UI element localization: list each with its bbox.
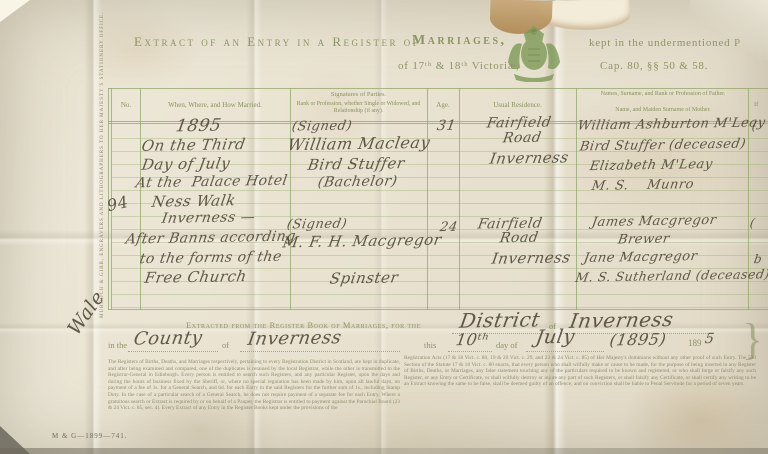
this-label: this — [424, 340, 436, 350]
document-subtitle: of 17ᵗʰ & 18ᵗʰ Victoriæ, — [398, 60, 520, 72]
groom-parents-line: Bird Stuffer (deceased) — [579, 137, 747, 155]
entry-when-line: Ness Walk — [150, 191, 237, 210]
bride-signature-line: M. F. H. Macgregor — [281, 231, 443, 252]
bride-parents-line: Brewer — [617, 232, 671, 248]
table-border-top — [108, 88, 768, 89]
year-digit-hw: 5 — [704, 331, 716, 347]
column-header-no: No. — [112, 101, 140, 110]
entry-when-line: Free Church — [143, 267, 248, 287]
column-header-when: When, Where, and How Married. — [143, 101, 287, 110]
of-label: of — [222, 340, 229, 350]
day-of-label: day of — [496, 340, 517, 350]
bride-signature-line: (Signed) — [286, 216, 348, 232]
fine-print-right: Registration Acts (17 & 18 Vict. c. 80, … — [404, 355, 756, 425]
document-title: Extract of an Entry in a Register of — [134, 34, 420, 50]
bride-signature-line: Spinster — [328, 268, 399, 287]
groom-age: 31 — [436, 118, 457, 134]
blank-rule — [240, 337, 400, 352]
entry-when-line: to the forms of the — [139, 249, 284, 267]
printer-footer-imprint: M & G—1899—741. — [52, 432, 127, 440]
entry-when-line: Day of July — [140, 154, 231, 174]
groom-residence-line: Inverness — [488, 148, 570, 167]
fine-print-left: The Registers of Births, Deaths, and Mar… — [108, 359, 400, 423]
column-header-parents: Names, Surname, and Rank or Profession o… — [580, 91, 746, 99]
groom-signature-line: (Bachelor) — [317, 173, 399, 190]
entry-when-line: At the Palace Hotel — [135, 173, 289, 192]
column-header-signatures-sub: Rank or Profession, whether Single or Wi… — [293, 101, 424, 115]
column-header-cutoff: If — [754, 101, 758, 109]
scanned-marriage-register-extract: Extract of an Entry in a Register of Mar… — [0, 0, 768, 454]
column-header-signatures: Signatures of Parties. — [293, 91, 424, 99]
printer-side-imprint: MURDOCH & GIBB, ENGRAVERS AND LITHOGRAPH… — [100, 12, 105, 318]
groom-residence-line: Road — [502, 130, 543, 147]
groom-parents-line: Elizabeth M'Leay — [589, 157, 714, 174]
groom-parents-line: M. S. Munro — [591, 177, 695, 194]
bride-residence-line: Inverness — [490, 248, 572, 267]
column-header-parents-sub: Name, and Maiden Surname of Mother. — [580, 107, 746, 115]
bride-residence-line: Road — [499, 230, 540, 247]
entry-when-line: 1895 — [174, 116, 223, 137]
blank-rule — [526, 339, 604, 352]
entry-when-line: After Banns according — [124, 229, 297, 248]
year-printed: 189 — [688, 338, 702, 348]
bottom-edge-shadow — [0, 448, 768, 454]
column-header-residence: Usual Residence. — [461, 101, 574, 110]
bride-parents-line: James Macgregor — [591, 213, 718, 230]
blank-rule — [128, 337, 218, 352]
corner-wedge-top-left — [0, 0, 30, 22]
document-title-marriages: Marriages, — [412, 33, 507, 49]
in-the-label: in the — [108, 340, 127, 350]
groom-signature-line: William Macleay — [286, 133, 431, 154]
bride-parents-line: Jane Macgregor — [583, 249, 699, 266]
royal-crest-icon — [498, 22, 570, 82]
entry-when-line: Inverness — — [161, 209, 257, 227]
blank-rule — [448, 339, 492, 352]
top-right-fold-highlight — [690, 0, 768, 60]
groom-signature-line: Bird Stuffer — [306, 154, 406, 174]
bride-age: 24 — [439, 220, 459, 235]
entry-when-line: On the Third — [140, 135, 246, 155]
groom-signature-line: (Signed) — [291, 118, 353, 134]
document-subtitle-right: Cap. 80, §§ 50 & 58. — [600, 60, 708, 72]
year-paren-hw: (1895) — [608, 330, 667, 350]
column-header-age: Age. — [429, 101, 457, 110]
